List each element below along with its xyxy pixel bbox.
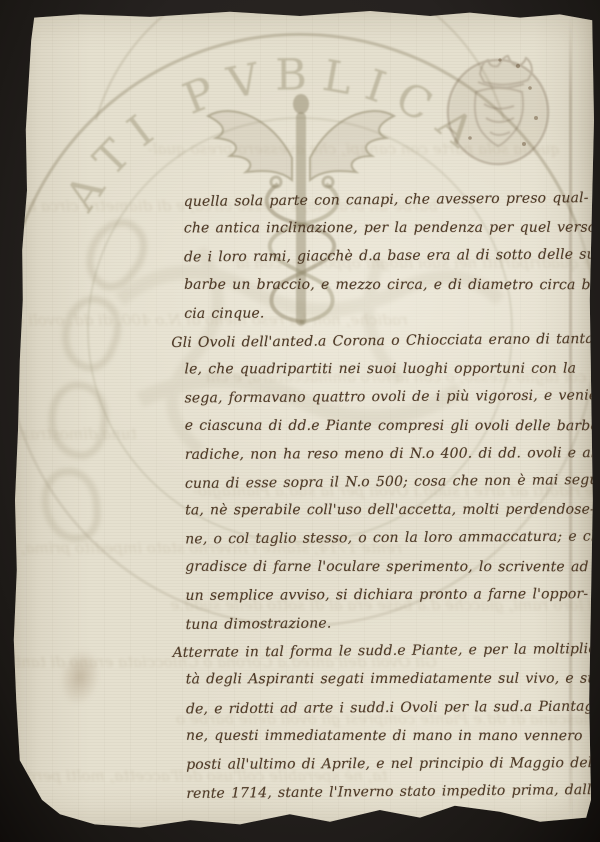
paper-edge-vignette (0, 0, 600, 842)
manuscript-page: ATI PVBLICA (0, 0, 600, 842)
photograph-background: ATI PVBLICA (0, 0, 600, 842)
